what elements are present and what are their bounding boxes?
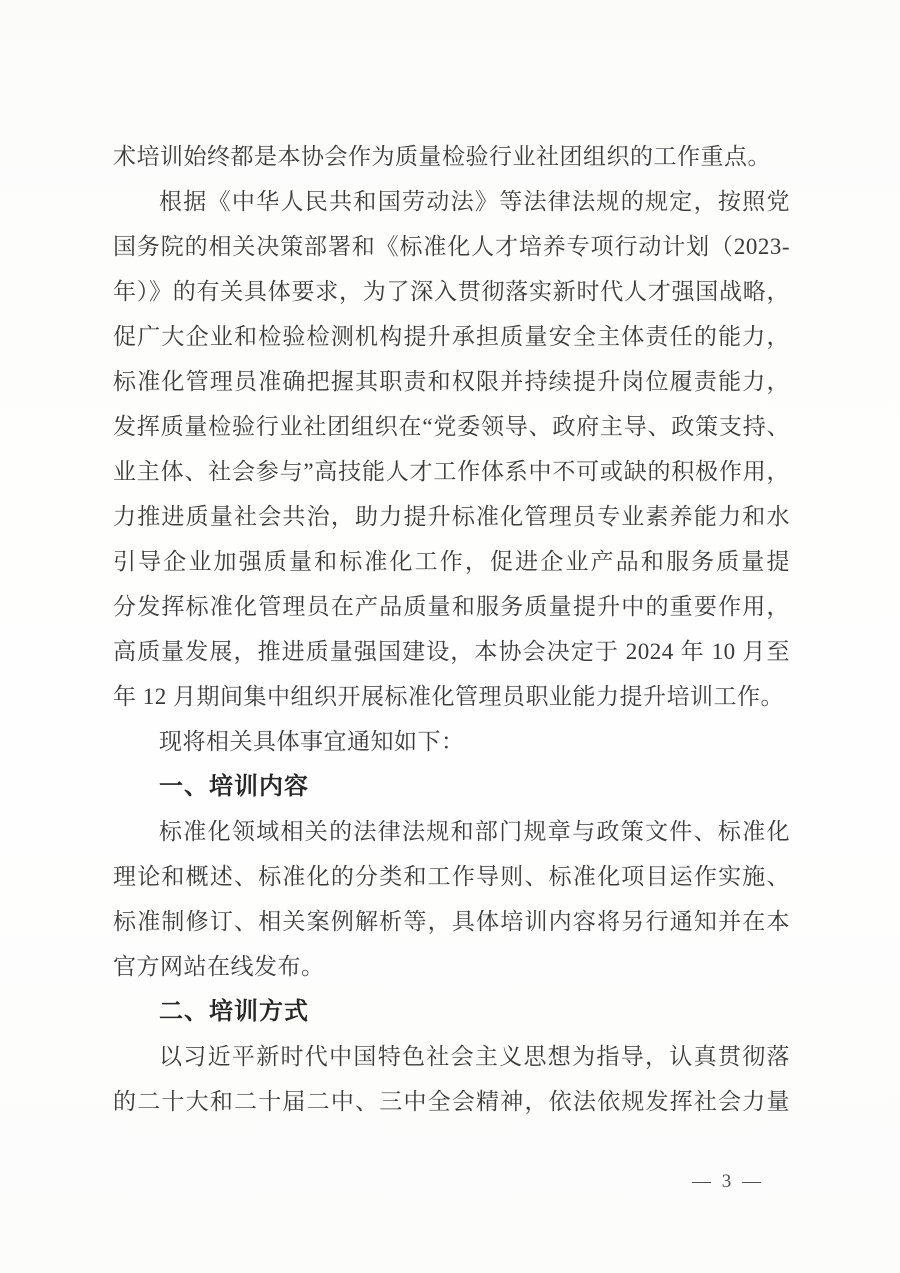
text-line: 标准制修订、相关案例解析等，具体培训内容将另行通知并在本协会 (113, 899, 790, 944)
section-heading-1: 一、培训内容 (113, 764, 790, 809)
text-line: 国务院的相关决策部署和《标准化人才培养专项行动计划（2023-2025 (113, 224, 790, 269)
text-line: 促广大企业和检验检测机构提升承担质量安全主体责任的能力，引领 (113, 314, 790, 359)
text-line: 力推进质量社会共治，助力提升标准化管理员专业素养能力和水平， (113, 494, 790, 539)
text-line: 标准化领域相关的法律法规和部门规章与政策文件、标准化基本 (113, 809, 790, 854)
text-line: 术培训始终都是本协会作为质量检验行业社团组织的工作重点。 (113, 134, 790, 179)
text-line: 官方网站在线发布。 (113, 944, 790, 989)
text-line: 发挥质量检验行业社团组织在“党委领导、政府主导、政策支持、企 (113, 404, 790, 449)
text-line: 年）》的有关具体要求，为了深入贯彻落实新时代人才强国战略，督 (113, 269, 790, 314)
text-line: 引导企业加强质量和标准化工作，促进企业产品和服务质量提升，充 (113, 539, 790, 584)
text-line: 现将相关具体事宜通知如下： (113, 719, 790, 764)
text-line: 理论和概述、标准化的分类和工作导则、标准化项目运作实施、团体 (113, 854, 790, 899)
text-line: 高质量发展，推进质量强国建设，本协会决定于 2024 年 10 月至 2025 (113, 629, 790, 674)
text-line: 的二十大和二十届二中、三中全会精神，依法依规发挥社会力量在推 (113, 1079, 790, 1124)
text-line: 年 12 月期间集中组织开展标准化管理员职业能力提升培训工作。 (113, 674, 790, 719)
document-body: 术培训始终都是本协会作为质量检验行业社团组织的工作重点。 根据《中华人民共和国劳… (113, 134, 790, 1124)
page-number: — 3 — (683, 1168, 773, 1196)
text-line: 业主体、社会参与”高技能人才工作体系中不可或缺的积极作用，合 (113, 449, 790, 494)
text-line: 分发挥标准化管理员在产品质量和服务质量提升中的重要作用，服务 (113, 584, 790, 629)
section-heading-2: 二、培训方式 (113, 989, 790, 1034)
text-line: 根据《中华人民共和国劳动法》等法律法规的规定，按照党中央、 (113, 179, 790, 224)
text-line: 标准化管理员准确把握其职责和权限并持续提升岗位履责能力，着力 (113, 359, 790, 404)
document-page: 术培训始终都是本协会作为质量检验行业社团组织的工作重点。 根据《中华人民共和国劳… (0, 0, 900, 1273)
text-line: 以习近平新时代中国特色社会主义思想为指导，认真贯彻落实党 (113, 1034, 790, 1079)
